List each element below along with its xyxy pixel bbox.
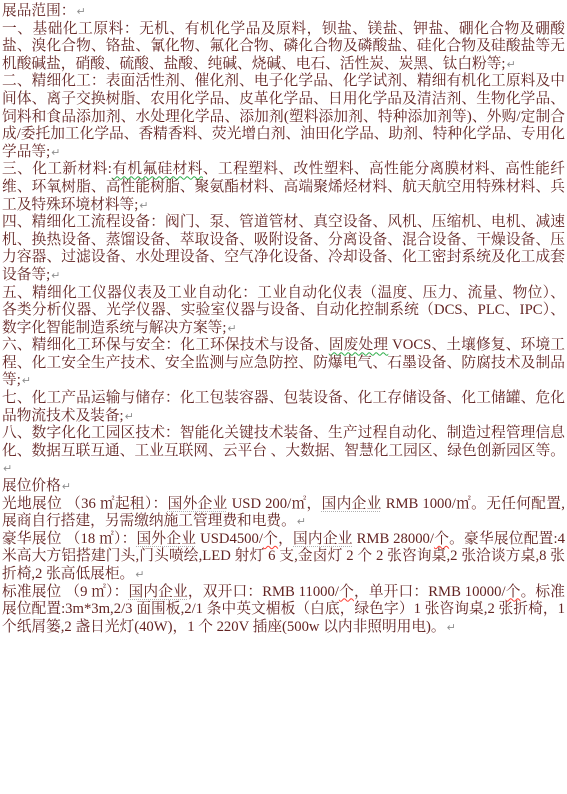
section-6-environment-safety: 六、精细化工环保与安全：化工环保技术与设备、固废处理 VOCS、土壤修复、环境工…	[2, 337, 565, 390]
pricing-standard-booth: 标准展位 （9 ㎡）：国内企业，双开口：RMB 11000/个，单开口：RMB …	[2, 584, 565, 637]
text-segment: 标准展位 （9 ㎡）：	[2, 584, 129, 600]
section-2-fine-chemicals: 二、精细化工：表面活性剂、催化剂、电子化学品、化学试剂、精细有机化工原料及中间体…	[2, 73, 565, 161]
text-segment: 六、精细化工环保与安全：化工环保技术与设备、	[2, 337, 329, 353]
text-segment-red-underline: 个	[434, 531, 449, 547]
text-segment: USD4500/	[196, 531, 263, 547]
paragraph-return-mark-icon: ↵	[61, 480, 71, 493]
text-segment: RMB 28000/	[353, 531, 434, 547]
text-segment: ，单开口：RMB 10000/	[354, 584, 506, 600]
text-segment: 三、化工新材料:	[2, 161, 112, 177]
text-segment: ，双开口：RMB 11000/	[188, 584, 339, 600]
text-segment-dot-underline: 国外企业	[137, 531, 197, 547]
section-5-instruments-automation: 五、精细化工仪器仪表及工业自动化：工业自动化仪表（温度、压力、流量、物位）、各类…	[2, 285, 565, 338]
paragraph-return-mark-icon: ↵	[124, 410, 134, 423]
paragraph-return-mark-icon: ↵	[446, 621, 456, 634]
section-1-basic-chemical-materials: 一、基础化工原料：无机、有机化学品及原料，钡盐、镁盐、钾盐、硼化合物及硼酸盐、溴…	[2, 21, 565, 74]
text-segment-red-underline: 个	[339, 584, 354, 600]
pricing-raw-space-booth: 光地展位 （36 ㎡起租）：国外企业 USD 200/㎡，国内企业 RMB 10…	[2, 496, 565, 531]
text-segment: 一、基础化工原料：无机、有机化学品及原料，钡盐、镁盐、钾盐、硼化合物及硼酸盐、溴…	[2, 21, 565, 72]
text-segment-dot-underline: 国内企业	[129, 584, 188, 600]
section-7-transport-storage: 七、化工产品运输与储存：化工包装容器、包装设备、化工存储设备、化工储罐、危化品物…	[2, 390, 565, 425]
section-8-digital-park-technology: 八、数字化化工园区技术：智能化关键技术装备、生产过程自动化、制造过程管理信息化、…	[2, 425, 565, 478]
text-segment: 光地展位 （36 ㎡起租）：	[2, 496, 168, 512]
text-segment: 展品范围：	[2, 3, 75, 19]
section-3-new-chemical-materials: 三、化工新材料:有机氟硅材料、工程塑料、改性塑料、高性能分离膜材料、高性能纤维、…	[2, 161, 565, 214]
text-segment-red-underline: 个	[263, 531, 278, 547]
text-segment: 二、精细化工：表面活性剂、催化剂、电子化学品、化学试剂、精细有机化工原料及中间体…	[2, 73, 565, 159]
pricing-deluxe-booth: 豪华展位 （18 ㎡）：国外企业 USD4500/个，国内企业 RMB 2800…	[2, 531, 565, 584]
text-segment: 豪华展位 （18 ㎡）：	[2, 531, 137, 547]
text-segment-red-underline: 个	[506, 584, 521, 600]
text-segment-dot-underline: 国内企业	[293, 531, 353, 547]
text-segment-dot-underline: 国外企业	[168, 496, 228, 512]
text-segment: 七、化工产品运输与储存：化工包装容器、包装设备、化工存储设备、化工储罐、危化品物…	[2, 390, 565, 424]
text-segment-green-underline: 固废处理	[329, 337, 388, 353]
paragraph-return-mark-icon: ↵	[21, 374, 31, 387]
pricing-title: 展位价格↵	[2, 478, 565, 496]
paragraph-return-mark-icon: ↵	[2, 462, 12, 475]
paragraph-return-mark-icon: ↵	[50, 269, 60, 282]
paragraph-return-mark-icon: ↵	[296, 515, 306, 528]
paragraph-return-mark-icon: ↵	[505, 58, 515, 71]
text-segment: 四、精细化工流程设备：阀门、泵、管道管材、真空设备、风机、压缩机、电机、减速机、…	[2, 214, 565, 283]
text-segment-green-underline: 有机氟硅材料	[112, 161, 203, 177]
paragraph-return-mark-icon: ↵	[50, 146, 60, 159]
text-segment: USD 200/㎡，	[228, 496, 322, 512]
paragraph-return-mark-icon: ↵	[138, 199, 148, 212]
text-segment: ，	[278, 531, 293, 547]
text-segment: 五、精细化工仪器仪表及工业自动化：工业自动化仪表（温度、压力、流量、物位）、各类…	[2, 285, 565, 336]
paragraph-return-mark-icon: ↵	[75, 5, 85, 18]
text-segment-dot-underline: 国内企业	[322, 496, 382, 512]
text-segment: 展位价格	[2, 478, 61, 494]
section-4-process-equipment: 四、精细化工流程设备：阀门、泵、管道管材、真空设备、风机、压缩机、电机、减速机、…	[2, 214, 565, 284]
text-segment: 八、数字化化工园区技术：智能化关键技术装备、生产过程自动化、制造过程管理信息化、…	[2, 425, 565, 459]
paragraph-return-mark-icon: ↵	[134, 568, 144, 581]
paragraph-return-mark-icon: ↵	[226, 322, 236, 335]
doc-title: 展品范围：↵	[2, 3, 565, 21]
document-body: 展品范围：↵一、基础化工原料：无机、有机化学品及原料，钡盐、镁盐、钾盐、硼化合物…	[0, 0, 567, 636]
